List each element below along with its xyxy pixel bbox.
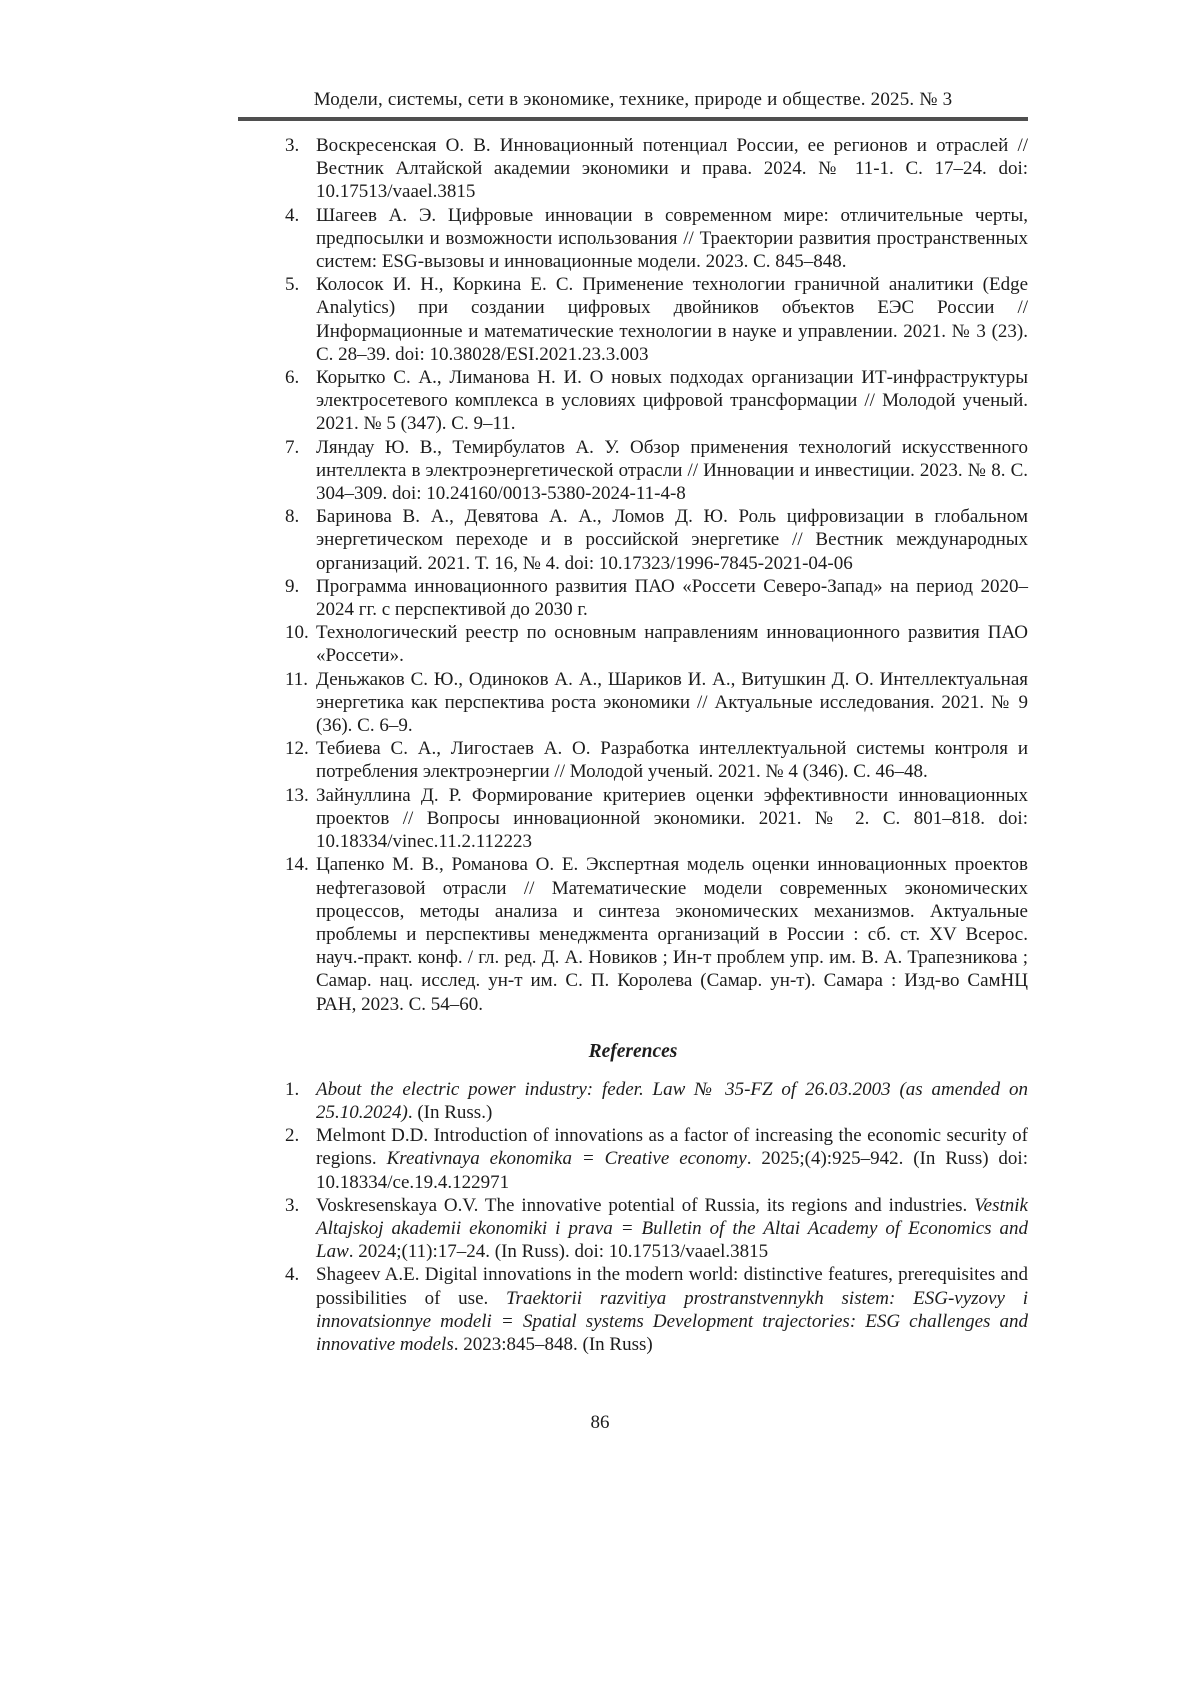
russian-reference-list: 3.Воскресенская О. В. Инновационный поте… <box>238 134 1028 1016</box>
reference-item: 2.Melmont D.D. Introduction of innovatio… <box>238 1124 1028 1194</box>
reference-number: 6. <box>285 366 316 436</box>
reference-text: Зайнуллина Д. Р. Формирование критериев … <box>316 784 1028 854</box>
reference-number: 3. <box>285 134 316 204</box>
reference-item: 6.Корытко С. А., Лиманова Н. И. О новых … <box>238 366 1028 436</box>
reference-text: Баринова В. А., Девятова А. А., Ломов Д.… <box>316 505 1028 575</box>
reference-item: 1.About the electric power industry: fed… <box>238 1078 1028 1124</box>
header-rule <box>238 117 1028 121</box>
reference-text: Ляндау Ю. В., Темирбулатов А. У. Обзор п… <box>316 436 1028 506</box>
reference-text: Колосок И. Н., Коркина Е. С. Применение … <box>316 273 1028 366</box>
page-content: Модели, системы, сети в экономике, техни… <box>238 88 1028 1356</box>
reference-item: 3.Воскресенская О. В. Инновационный поте… <box>238 134 1028 204</box>
reference-item: 9.Программа инновационного развития ПАО … <box>238 575 1028 621</box>
reference-number: 7. <box>285 436 316 506</box>
english-reference-list: 1.About the electric power industry: fed… <box>238 1078 1028 1356</box>
reference-text: Цапенко М. В., Романова О. Е. Экспертная… <box>316 853 1028 1015</box>
reference-text: Воскресенская О. В. Инновационный потенц… <box>316 134 1028 204</box>
reference-number: 2. <box>285 1124 316 1194</box>
reference-item: 10.Технологический реестр по основным на… <box>238 621 1028 667</box>
reference-text: Деньжаков С. Ю., Одиноков А. А., Шариков… <box>316 668 1028 738</box>
reference-text: Шагеев А. Э. Цифровые инновации в соврем… <box>316 204 1028 274</box>
reference-item: 14.Цапенко М. В., Романова О. Е. Эксперт… <box>238 853 1028 1015</box>
reference-text: Melmont D.D. Introduction of innovations… <box>316 1124 1028 1194</box>
reference-item: 12.Тебиева С. А., Лигостаев А. О. Разраб… <box>238 737 1028 783</box>
reference-text: Технологический реестр по основным напра… <box>316 621 1028 667</box>
reference-number: 10. <box>285 621 316 667</box>
reference-text: Тебиева С. А., Лигостаев А. О. Разработк… <box>316 737 1028 783</box>
reference-number: 8. <box>285 505 316 575</box>
reference-number: 4. <box>285 1263 316 1356</box>
reference-number: 12. <box>285 737 316 783</box>
reference-number: 3. <box>285 1194 316 1264</box>
reference-item: 4.Шагеев А. Э. Цифровые инновации в совр… <box>238 204 1028 274</box>
reference-number: 4. <box>285 204 316 274</box>
reference-text: Программа инновационного развития ПАО «Р… <box>316 575 1028 621</box>
reference-item: 13.Зайнуллина Д. Р. Формирование критери… <box>238 784 1028 854</box>
page-number: 86 <box>0 1412 1200 1434</box>
reference-number: 11. <box>285 668 316 738</box>
reference-text: Voskresenskaya O.V. The innovative poten… <box>316 1194 1028 1264</box>
references-heading: References <box>238 1041 1028 1063</box>
journal-page: Модели, системы, сети в экономике, техни… <box>0 0 1200 1698</box>
reference-text: About the electric power industry: feder… <box>316 1078 1028 1124</box>
reference-item: 11.Деньжаков С. Ю., Одиноков А. А., Шари… <box>238 668 1028 738</box>
reference-item: 4.Shageev A.E. Digital innovations in th… <box>238 1263 1028 1356</box>
reference-number: 5. <box>285 273 316 366</box>
reference-number: 13. <box>285 784 316 854</box>
reference-number: 1. <box>285 1078 316 1124</box>
running-head: Модели, системы, сети в экономике, техни… <box>238 88 1028 111</box>
reference-item: 3.Voskresenskaya O.V. The innovative pot… <box>238 1194 1028 1264</box>
reference-item: 5.Колосок И. Н., Коркина Е. С. Применени… <box>238 273 1028 366</box>
reference-item: 8.Баринова В. А., Девятова А. А., Ломов … <box>238 505 1028 575</box>
reference-text: Корытко С. А., Лиманова Н. И. О новых по… <box>316 366 1028 436</box>
reference-text: Shageev A.E. Digital innovations in the … <box>316 1263 1028 1356</box>
reference-number: 9. <box>285 575 316 621</box>
reference-item: 7.Ляндау Ю. В., Темирбулатов А. У. Обзор… <box>238 436 1028 506</box>
reference-number: 14. <box>285 853 316 1015</box>
